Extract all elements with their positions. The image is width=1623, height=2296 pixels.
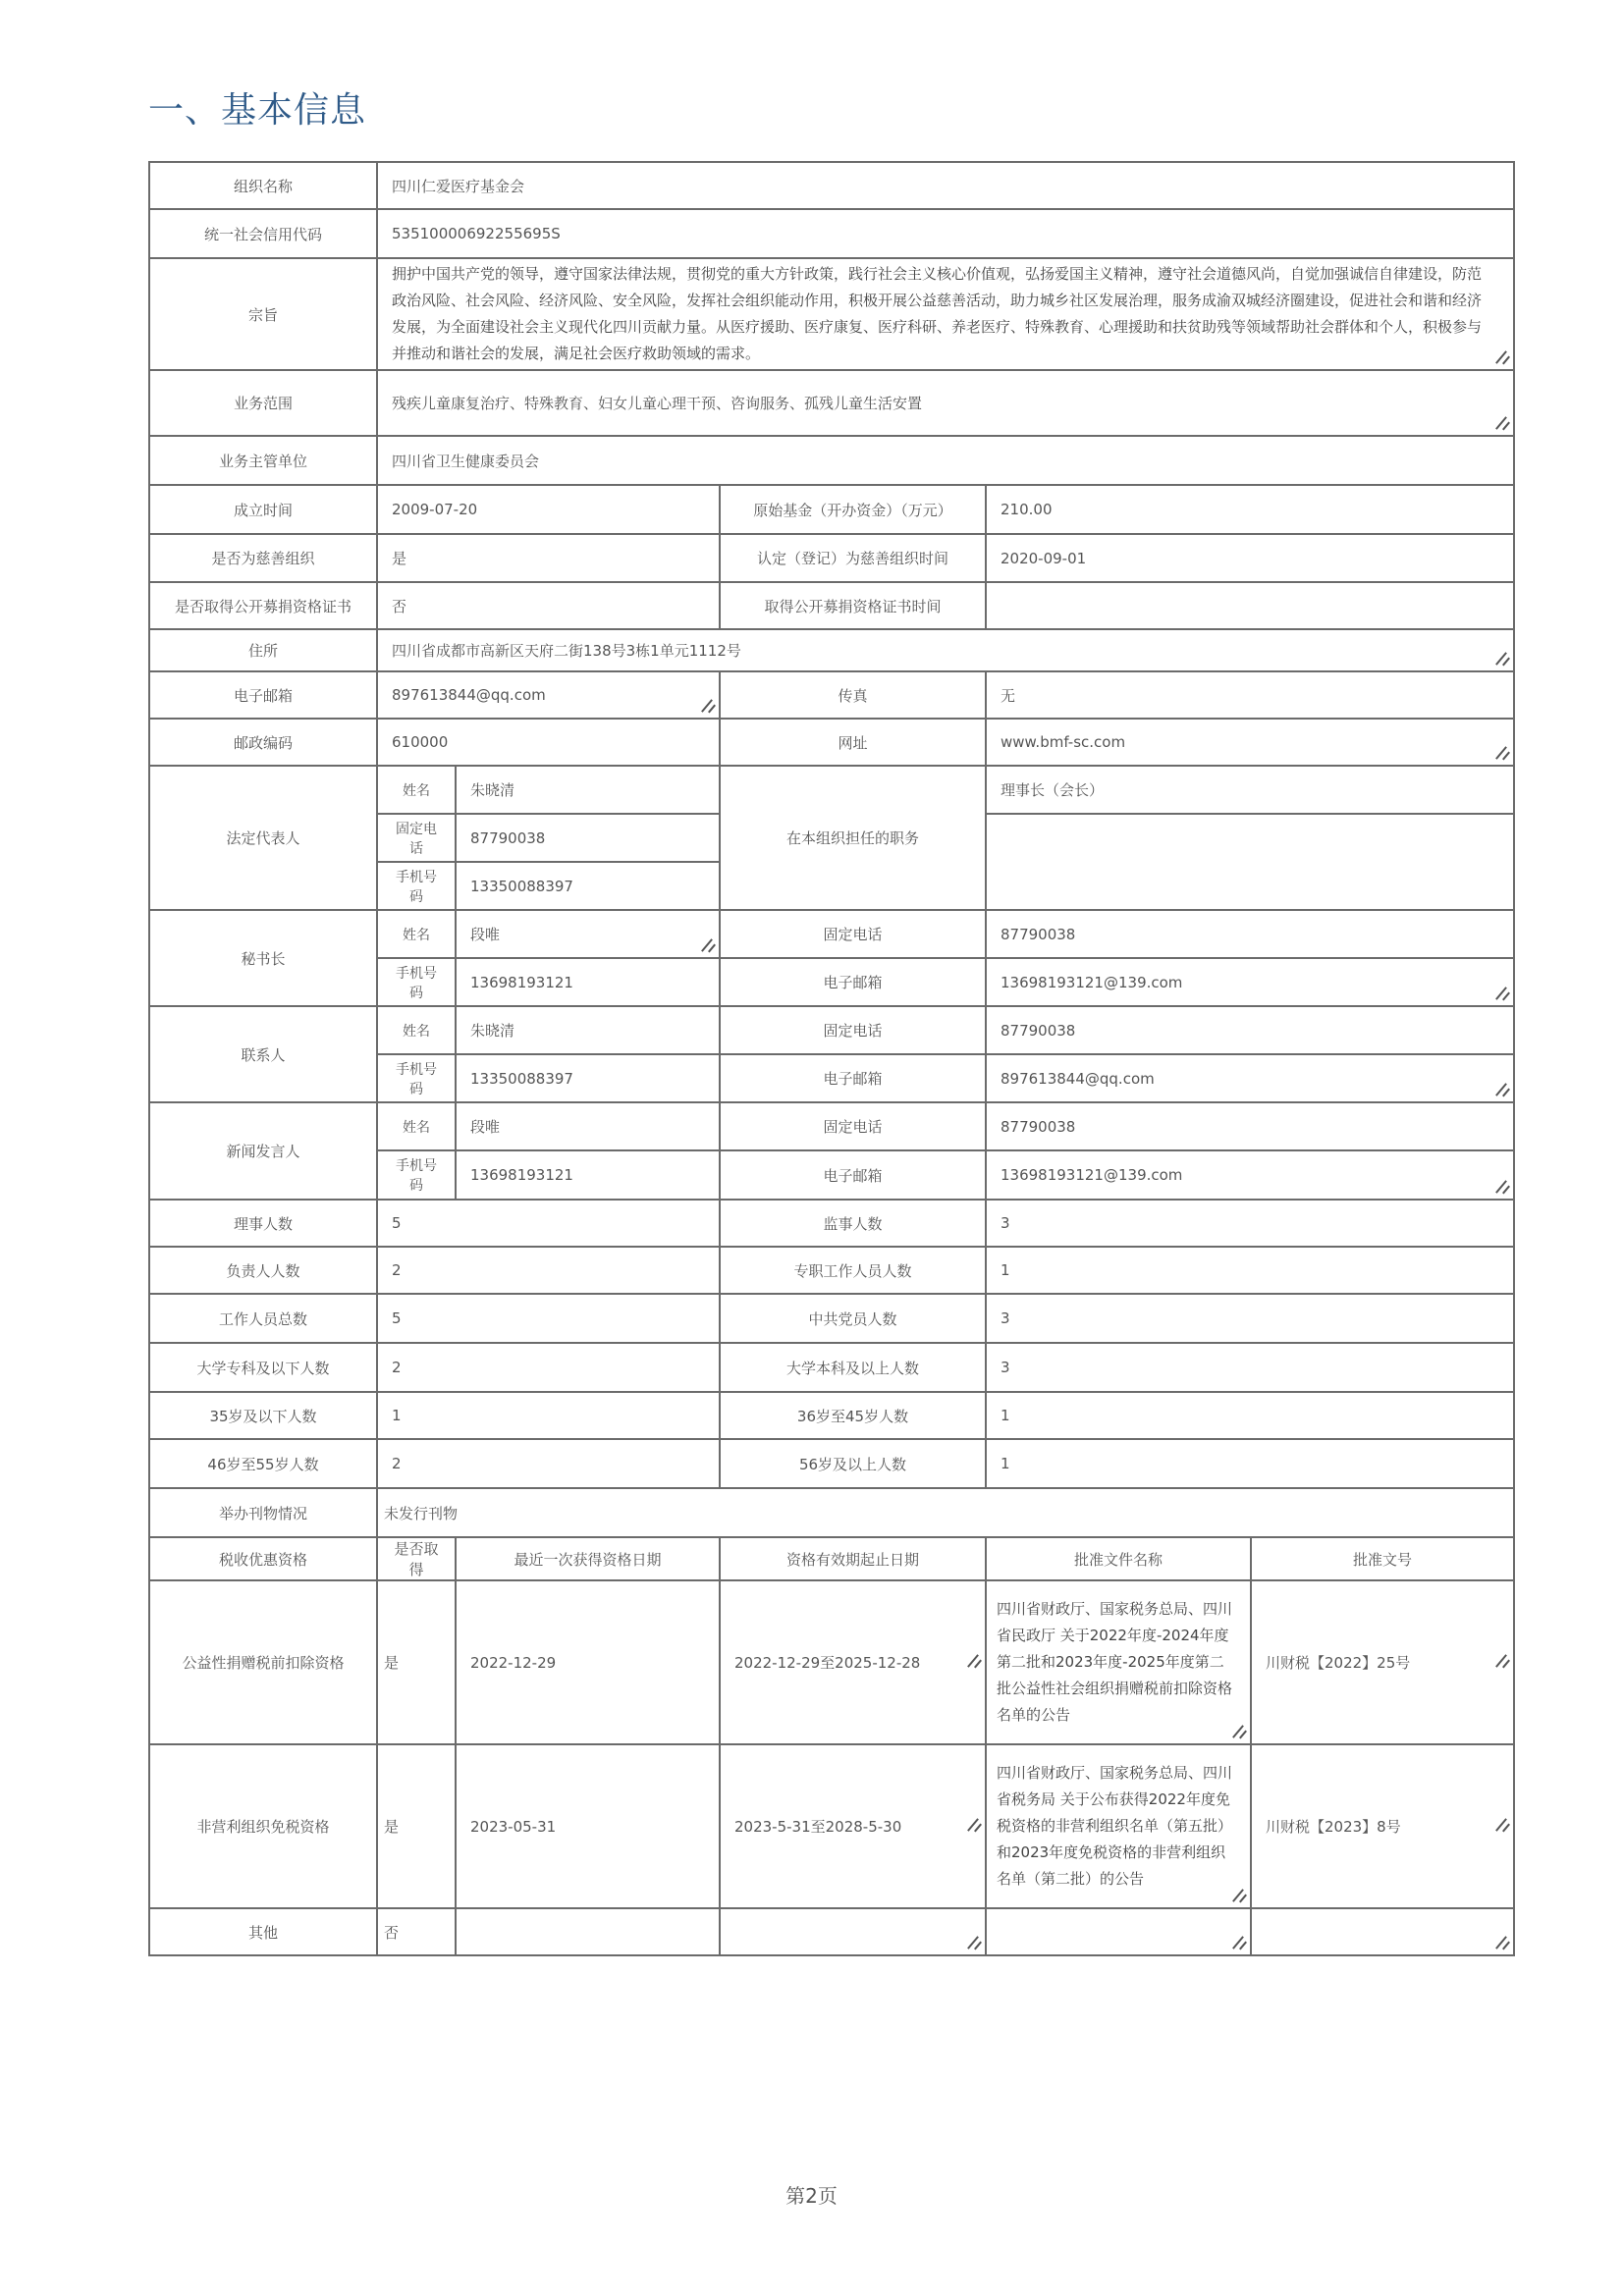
- tax-doc-name-field[interactable]: 四川省财政厅、国家税务总局、四川省税务局 关于公布获得2022年度免税资格的非营…: [986, 1744, 1251, 1908]
- spokesperson-name-value: 段唯: [456, 1102, 720, 1150]
- tax-doc-no: 川财税【2022】25号: [1266, 1654, 1410, 1672]
- publication-value: 未发行刊物: [377, 1488, 1514, 1537]
- count-value: 3: [986, 1200, 1514, 1247]
- count-label: 大学本科及以上人数: [720, 1343, 986, 1392]
- legal-rep-name-label: 姓名: [377, 766, 456, 814]
- count-value: 2: [377, 1439, 720, 1488]
- credit-code-value: 53510000692255695S: [377, 209, 1514, 258]
- tax-doc-name-field[interactable]: [986, 1908, 1251, 1955]
- tax-doc-no-field[interactable]: 川财税【2022】25号: [1251, 1580, 1514, 1744]
- count-label: 36岁至45岁人数: [720, 1392, 986, 1439]
- tax-latest-date: 2022-12-29: [456, 1580, 720, 1744]
- tax-doc-name: 四川省财政厅、国家税务总局、四川省民政厅 关于2022年度-2024年度第二批和…: [997, 1596, 1236, 1729]
- tax-valid-period: 2022-12-29至2025-12-28: [734, 1654, 920, 1672]
- count-value: 3: [986, 1294, 1514, 1343]
- row-fundraise: 是否取得公开募捐资格证书 否 取得公开募捐资格证书时间: [149, 582, 1514, 629]
- contact-phone-label: 固定电话: [720, 1006, 986, 1054]
- resize-handle-icon[interactable]: [1496, 351, 1510, 365]
- row-count: 35岁及以下人数 1 36岁至45岁人数 1: [149, 1392, 1514, 1439]
- charity-label: 是否为慈善组织: [149, 534, 377, 582]
- tax-header-type: 税收优惠资格: [149, 1537, 377, 1580]
- secretary-name-field[interactable]: 段唯: [456, 910, 720, 958]
- tax-row: 非营利组织免税资格 是 2023-05-31 2023-5-31至2028-5-…: [149, 1744, 1514, 1908]
- legal-rep-phone-label: 固定电话: [377, 814, 456, 862]
- secretary-mobile-value: 13698193121: [456, 958, 720, 1006]
- fax-value: 无: [986, 671, 1514, 719]
- count-label: 负责人人数: [149, 1247, 377, 1294]
- secretary-phone-value: 87790038: [986, 910, 1514, 958]
- contact-name-label: 姓名: [377, 1006, 456, 1054]
- resize-handle-icon[interactable]: [702, 700, 716, 714]
- email-text: 897613844@qq.com: [392, 686, 546, 704]
- email-field[interactable]: 897613844@qq.com: [377, 671, 720, 719]
- fund-label: 原始基金（开办资金）（万元）: [720, 485, 986, 534]
- resize-handle-icon[interactable]: [1496, 417, 1510, 431]
- spokesperson-name-label: 姓名: [377, 1102, 456, 1150]
- tax-header-row: 税收优惠资格 是否取得 最近一次获得资格日期 资格有效期起止日期 批准文件名称 …: [149, 1537, 1514, 1580]
- purpose-label: 宗旨: [149, 258, 377, 370]
- address-field[interactable]: 四川省成都市高新区天府二街138号3栋1单元1112号: [377, 629, 1514, 671]
- legal-rep-phone-value: 87790038: [456, 814, 720, 862]
- count-value: 1: [377, 1392, 720, 1439]
- tax-doc-no-field[interactable]: [1251, 1908, 1514, 1955]
- row-secretary-name: 秘书长 姓名 段唯 固定电话 87790038: [149, 910, 1514, 958]
- fundraise-date-value: [986, 582, 1514, 629]
- resize-handle-icon[interactable]: [1233, 1726, 1247, 1739]
- tax-type: 公益性捐赠税前扣除资格: [149, 1580, 377, 1744]
- row-spokesperson-name: 新闻发言人 姓名 段唯 固定电话 87790038: [149, 1102, 1514, 1150]
- secretary-email-field[interactable]: 13698193121@139.com: [986, 958, 1514, 1006]
- tax-header-latest-date: 最近一次获得资格日期: [456, 1537, 720, 1580]
- website-label: 网址: [720, 719, 986, 766]
- secretary-label: 秘书长: [149, 910, 377, 1006]
- tax-latest-date: [456, 1908, 720, 1955]
- basic-info-table: 组织名称 四川仁爱医疗基金会 统一社会信用代码 5351000069225569…: [148, 161, 1515, 1956]
- secretary-email-label: 电子邮箱: [720, 958, 986, 1006]
- address-label: 住所: [149, 629, 377, 671]
- tax-doc-name-field[interactable]: 四川省财政厅、国家税务总局、四川省民政厅 关于2022年度-2024年度第二批和…: [986, 1580, 1251, 1744]
- tax-row: 其他 否: [149, 1908, 1514, 1955]
- count-value: 2: [377, 1343, 720, 1392]
- resize-handle-icon[interactable]: [1233, 1890, 1247, 1903]
- resize-handle-icon[interactable]: [702, 939, 716, 953]
- org-name-value: 四川仁爱医疗基金会: [377, 162, 1514, 209]
- row-charity: 是否为慈善组织 是 认定（登记）为慈善组织时间 2020-09-01: [149, 534, 1514, 582]
- row-contact-name: 联系人 姓名 朱晓清 固定电话 87790038: [149, 1006, 1514, 1054]
- resize-handle-icon[interactable]: [1496, 1084, 1510, 1097]
- count-label: 中共党员人数: [720, 1294, 986, 1343]
- fundraise-date-label: 取得公开募捐资格证书时间: [720, 582, 986, 629]
- row-founded: 成立时间 2009-07-20 原始基金（开办资金）（万元） 210.00: [149, 485, 1514, 534]
- count-value: 1: [986, 1392, 1514, 1439]
- resize-handle-icon[interactable]: [1496, 653, 1510, 667]
- count-label: 46岁至55岁人数: [149, 1439, 377, 1488]
- resize-handle-icon[interactable]: [1233, 1937, 1247, 1950]
- resize-handle-icon[interactable]: [968, 1937, 982, 1950]
- publication-label: 举办刊物情况: [149, 1488, 377, 1537]
- resize-handle-icon[interactable]: [968, 1819, 982, 1833]
- row-count: 工作人员总数 5 中共党员人数 3: [149, 1294, 1514, 1343]
- email-label: 电子邮箱: [149, 671, 377, 719]
- page-number: 第2页: [0, 2180, 1623, 2209]
- section-title: 一、基本信息: [148, 82, 366, 133]
- tax-doc-no: 川财税【2023】8号: [1266, 1818, 1401, 1836]
- row-org-name: 组织名称 四川仁爱医疗基金会: [149, 162, 1514, 209]
- tax-valid-period-field[interactable]: [720, 1908, 986, 1955]
- postcode-value: 610000: [377, 719, 720, 766]
- resize-handle-icon[interactable]: [1496, 988, 1510, 1001]
- scope-field[interactable]: 残疾儿童康复治疗、特殊教育、妇女儿童心理干预、咨询服务、孤残儿童生活安置: [377, 370, 1514, 436]
- tax-header-obtained: 是否取得: [377, 1537, 456, 1580]
- row-count: 46岁至55岁人数 2 56岁及以上人数 1: [149, 1439, 1514, 1488]
- charity-date-value: 2020-09-01: [986, 534, 1514, 582]
- tax-doc-name: 四川省财政厅、国家税务总局、四川省税务局 关于公布获得2022年度免税资格的非营…: [997, 1760, 1236, 1893]
- spokesperson-email-label: 电子邮箱: [720, 1150, 986, 1200]
- tax-row: 公益性捐赠税前扣除资格 是 2022-12-29 2022-12-29至2025…: [149, 1580, 1514, 1744]
- website-field[interactable]: www.bmf-sc.com: [986, 719, 1514, 766]
- contact-email-label: 电子邮箱: [720, 1054, 986, 1102]
- postcode-label: 邮政编码: [149, 719, 377, 766]
- fundraise-value: 否: [377, 582, 720, 629]
- count-label: 理事人数: [149, 1200, 377, 1247]
- fundraise-label: 是否取得公开募捐资格证书: [149, 582, 377, 629]
- charity-date-label: 认定（登记）为慈善组织时间: [720, 534, 986, 582]
- contact-name-value: 朱晓清: [456, 1006, 720, 1054]
- website-text: www.bmf-sc.com: [1001, 733, 1125, 751]
- spokesperson-phone-value: 87790038: [986, 1102, 1514, 1150]
- legal-rep-position-extra: [986, 814, 1514, 910]
- tax-type: 非营利组织免税资格: [149, 1744, 377, 1908]
- tax-valid-period-field[interactable]: 2022-12-29至2025-12-28: [720, 1580, 986, 1744]
- founded-label: 成立时间: [149, 485, 377, 534]
- tax-latest-date: 2023-05-31: [456, 1744, 720, 1908]
- row-publication: 举办刊物情况 未发行刊物: [149, 1488, 1514, 1537]
- contact-mobile-label: 手机号码: [377, 1054, 456, 1102]
- count-label: 工作人员总数: [149, 1294, 377, 1343]
- count-value: 3: [986, 1343, 1514, 1392]
- secretary-phone-label: 固定电话: [720, 910, 986, 958]
- tax-obtained: 否: [377, 1908, 456, 1955]
- row-count: 大学专科及以下人数 2 大学本科及以上人数 3: [149, 1343, 1514, 1392]
- count-value: 1: [986, 1439, 1514, 1488]
- founded-value: 2009-07-20: [377, 485, 720, 534]
- fax-label: 传真: [720, 671, 986, 719]
- count-label: 大学专科及以下人数: [149, 1343, 377, 1392]
- purpose-field[interactable]: 拥护中国共产党的领导，遵守国家法律法规，贯彻党的重大方针政策，践行社会主义核心价…: [377, 258, 1514, 370]
- legal-rep-position-label: 在本组织担任的职务: [720, 766, 986, 910]
- supervisor-value: 四川省卫生健康委员会: [377, 436, 1514, 485]
- fund-value: 210.00: [986, 485, 1514, 534]
- legal-rep-mobile-label: 手机号码: [377, 862, 456, 910]
- count-label: 35岁及以下人数: [149, 1392, 377, 1439]
- resize-handle-icon[interactable]: [1496, 1655, 1510, 1669]
- count-value: 2: [377, 1247, 720, 1294]
- legal-rep-label: 法定代表人: [149, 766, 377, 910]
- supervisor-label: 业务主管单位: [149, 436, 377, 485]
- tax-doc-no-field[interactable]: 川财税【2023】8号: [1251, 1744, 1514, 1908]
- resize-handle-icon[interactable]: [1496, 1181, 1510, 1195]
- spokesperson-mobile-value: 13698193121: [456, 1150, 720, 1200]
- resize-handle-icon[interactable]: [1496, 1937, 1510, 1950]
- row-count: 理事人数 5 监事人数 3: [149, 1200, 1514, 1247]
- contact-email-field[interactable]: 897613844@qq.com: [986, 1054, 1514, 1102]
- tax-type: 其他: [149, 1908, 377, 1955]
- tax-header-doc-name: 批准文件名称: [986, 1537, 1251, 1580]
- row-legal-rep-name: 法定代表人 姓名 朱晓清 在本组织担任的职务 理事长（会长）: [149, 766, 1514, 814]
- contact-email-text: 897613844@qq.com: [1001, 1070, 1155, 1088]
- count-value: 1: [986, 1247, 1514, 1294]
- contact-label: 联系人: [149, 1006, 377, 1102]
- address-text: 四川省成都市高新区天府二街138号3栋1单元1112号: [392, 642, 741, 660]
- legal-rep-name-value: 朱晓清: [456, 766, 720, 814]
- spokesperson-email-text: 13698193121@139.com: [1001, 1166, 1182, 1184]
- count-label: 56岁及以上人数: [720, 1439, 986, 1488]
- row-purpose: 宗旨 拥护中国共产党的领导，遵守国家法律法规，贯彻党的重大方针政策，践行社会主义…: [149, 258, 1514, 370]
- contact-mobile-value: 13350088397: [456, 1054, 720, 1102]
- tax-obtained: 是: [377, 1580, 456, 1744]
- count-value: 5: [377, 1294, 720, 1343]
- count-label: 监事人数: [720, 1200, 986, 1247]
- tax-obtained: 是: [377, 1744, 456, 1908]
- tax-valid-period: 2023-5-31至2028-5-30: [734, 1818, 901, 1836]
- scope-text: 残疾儿童康复治疗、特殊教育、妇女儿童心理干预、咨询服务、孤残儿童生活安置: [392, 395, 922, 412]
- resize-handle-icon[interactable]: [1496, 1819, 1510, 1833]
- tax-header-valid-period: 资格有效期起止日期: [720, 1537, 986, 1580]
- row-credit-code: 统一社会信用代码 53510000692255695S: [149, 209, 1514, 258]
- secretary-mobile-label: 手机号码: [377, 958, 456, 1006]
- legal-rep-position-value: 理事长（会长）: [986, 766, 1514, 814]
- row-email-fax: 电子邮箱 897613844@qq.com 传真 无: [149, 671, 1514, 719]
- legal-rep-mobile-value: 13350088397: [456, 862, 720, 910]
- scope-label: 业务范围: [149, 370, 377, 436]
- row-count: 负责人人数 2 专职工作人员人数 1: [149, 1247, 1514, 1294]
- spokesperson-phone-label: 固定电话: [720, 1102, 986, 1150]
- charity-value: 是: [377, 534, 720, 582]
- tax-valid-period-field[interactable]: 2023-5-31至2028-5-30: [720, 1744, 986, 1908]
- row-scope: 业务范围 残疾儿童康复治疗、特殊教育、妇女儿童心理干预、咨询服务、孤残儿童生活安…: [149, 370, 1514, 436]
- credit-code-label: 统一社会信用代码: [149, 209, 377, 258]
- secretary-name-text: 段唯: [470, 926, 500, 943]
- contact-phone-value: 87790038: [986, 1006, 1514, 1054]
- count-label: 专职工作人员人数: [720, 1247, 986, 1294]
- secretary-email-text: 13698193121@139.com: [1001, 974, 1182, 991]
- resize-handle-icon[interactable]: [1496, 747, 1510, 761]
- purpose-text: 拥护中国共产党的领导，遵守国家法律法规，贯彻党的重大方针政策，践行社会主义核心价…: [392, 261, 1499, 367]
- spokesperson-label: 新闻发言人: [149, 1102, 377, 1200]
- row-supervisor: 业务主管单位 四川省卫生健康委员会: [149, 436, 1514, 485]
- tax-header-doc-no: 批准文号: [1251, 1537, 1514, 1580]
- row-address: 住所 四川省成都市高新区天府二街138号3栋1单元1112号: [149, 629, 1514, 671]
- spokesperson-mobile-label: 手机号码: [377, 1150, 456, 1200]
- spokesperson-email-field[interactable]: 13698193121@139.com: [986, 1150, 1514, 1200]
- resize-handle-icon[interactable]: [968, 1655, 982, 1669]
- count-value: 5: [377, 1200, 720, 1247]
- secretary-name-label: 姓名: [377, 910, 456, 958]
- row-postcode-website: 邮政编码 610000 网址 www.bmf-sc.com: [149, 719, 1514, 766]
- org-name-label: 组织名称: [149, 162, 377, 209]
